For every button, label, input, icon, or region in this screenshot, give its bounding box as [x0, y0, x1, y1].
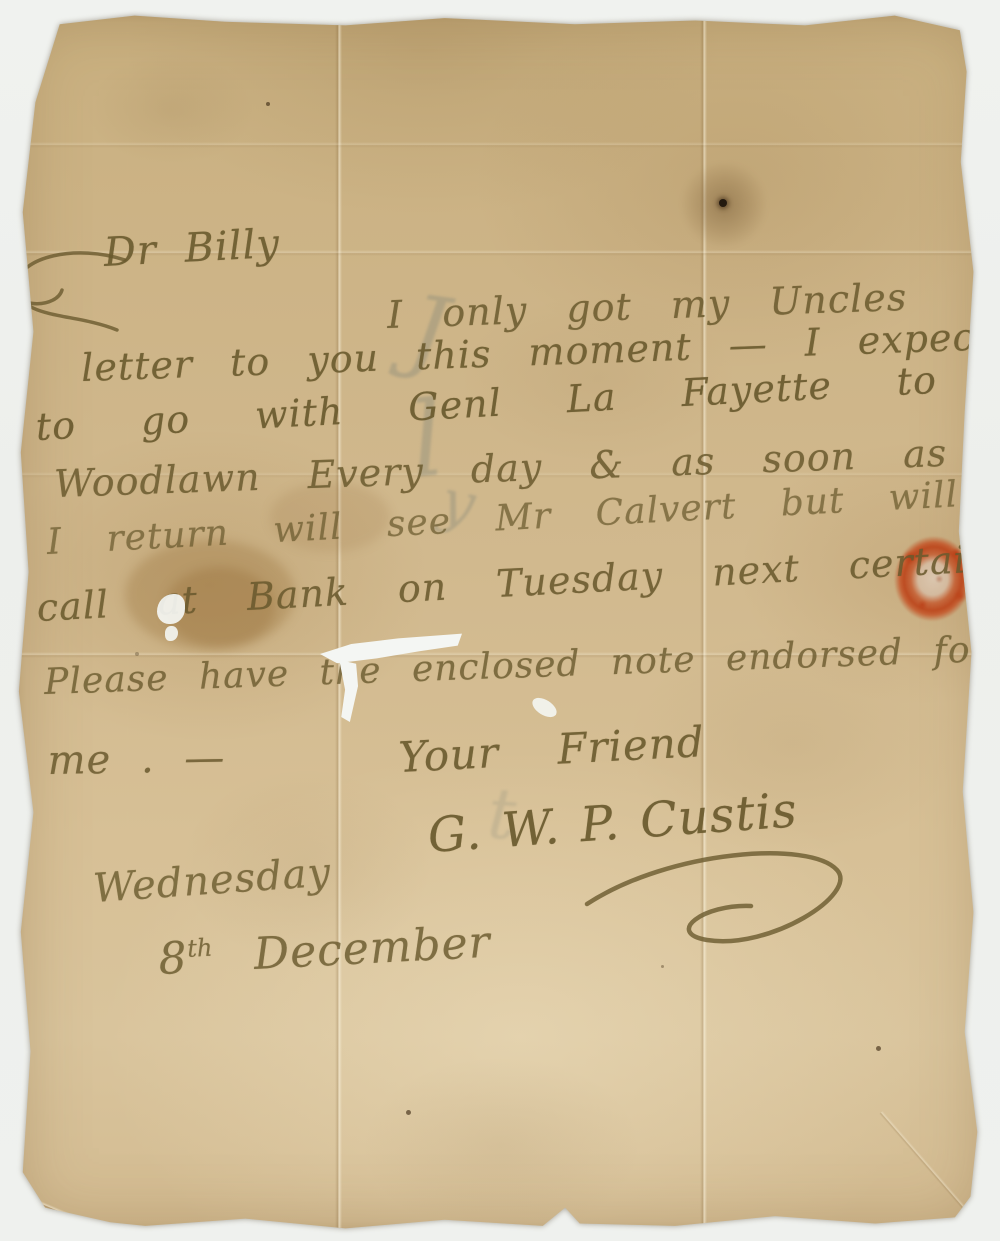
- paper-shadow: J l y t Dr Billy I only got my Uncles le…: [0, 0, 1000, 1241]
- paper-speck: [406, 1110, 411, 1115]
- letter-paper: J l y t Dr Billy I only got my Uncles le…: [15, 12, 987, 1232]
- dateline-month: December: [253, 917, 492, 980]
- paper-tear-fleck: [529, 694, 560, 721]
- dateline-day-suffix: th: [186, 934, 213, 963]
- paper-speck: [266, 102, 270, 106]
- dateline-date: 8th December: [157, 917, 491, 985]
- burn-mark: [719, 199, 727, 207]
- body-line-8: me . —: [47, 735, 226, 784]
- fold-crease-corner-bottom-right: [879, 1111, 996, 1241]
- paper-speck: [135, 652, 139, 656]
- fold-crease-horizontal-top: [15, 142, 987, 148]
- dateline-weekday: Wednesday: [92, 850, 333, 912]
- salutation: Dr Billy: [103, 221, 281, 276]
- signature-flourish: [575, 842, 875, 972]
- fold-crease-corner-bottom-left: [14, 1190, 140, 1241]
- closing: Your Friend: [397, 717, 705, 782]
- scan-background: J l y t Dr Billy I only got my Uncles le…: [0, 0, 1000, 1241]
- paper-speck: [876, 1046, 881, 1051]
- fold-crease-vertical-left: [335, 12, 342, 1232]
- dateline-day: 8: [157, 933, 189, 985]
